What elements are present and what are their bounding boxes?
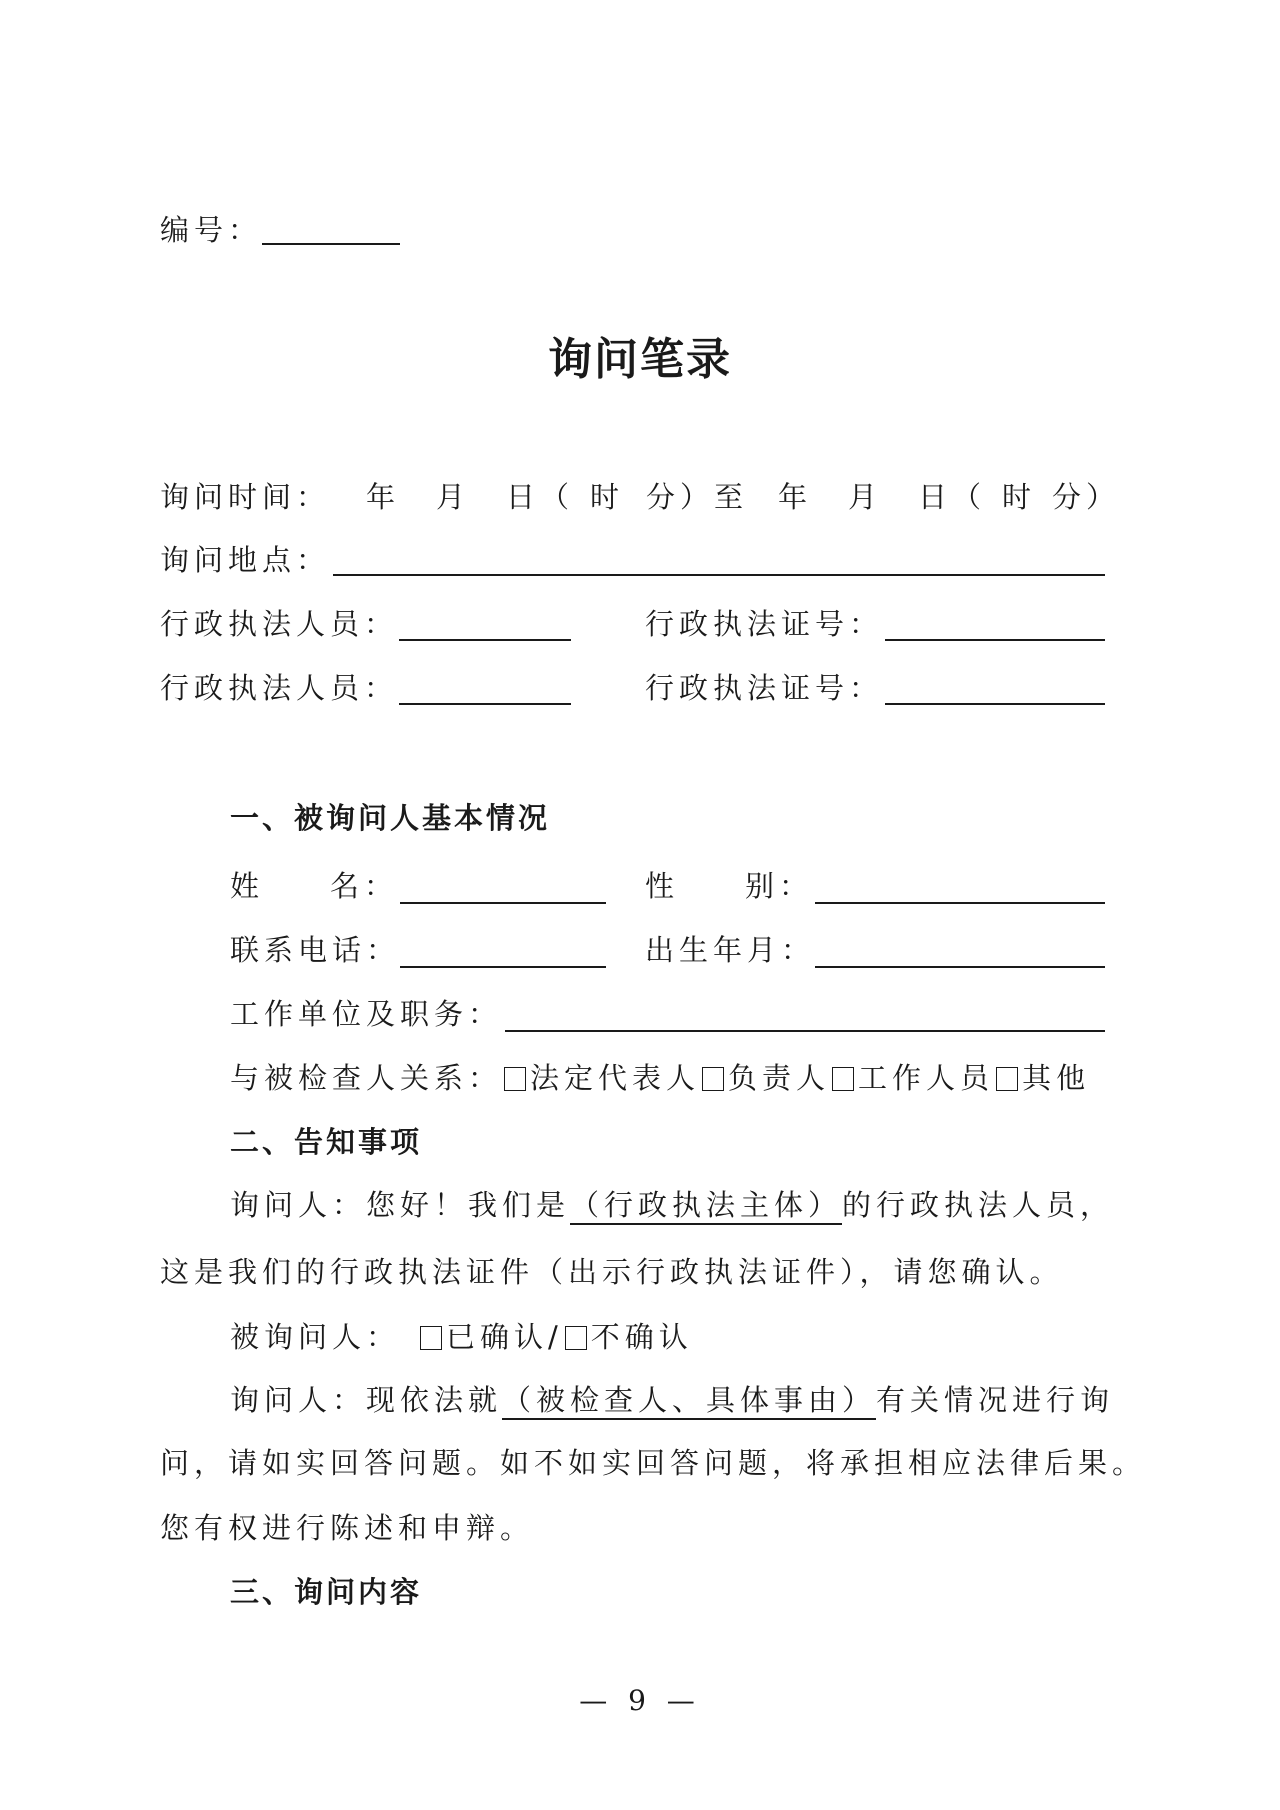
officer-2-label: 行政执法人员： bbox=[160, 668, 398, 708]
option-confirmed: 已确认/ bbox=[446, 1320, 563, 1354]
option-not-confirmed: 不确认 bbox=[591, 1320, 693, 1354]
name-label-part2: 名： bbox=[330, 866, 398, 906]
page-number: — 9 — bbox=[0, 1684, 1280, 1717]
checkbox-not-confirmed[interactable] bbox=[565, 1326, 587, 1350]
time-hour-1: 时 bbox=[590, 477, 624, 517]
respondent-label: 被询问人： bbox=[230, 1320, 400, 1354]
relation-label: 与被检查人关系： bbox=[230, 1061, 502, 1095]
confirmation-row: 被询问人：已确认/不确认 bbox=[230, 1317, 693, 1357]
option-legal-representative: 法定代表人 bbox=[530, 1061, 700, 1095]
inquiry-time-label: 询问时间： bbox=[160, 477, 330, 517]
work-unit-label: 工作单位及职务： bbox=[230, 994, 502, 1034]
gender-label-part1: 性 bbox=[645, 866, 679, 906]
cert-2-field[interactable] bbox=[885, 703, 1105, 705]
birth-date-field[interactable] bbox=[815, 966, 1105, 968]
officer-2-field[interactable] bbox=[399, 703, 571, 705]
section-3-heading: 三、询问内容 bbox=[230, 1572, 422, 1612]
notice-p3-suffix: 有关情况进行询 bbox=[876, 1383, 1114, 1417]
time-year-1: 年 bbox=[366, 477, 400, 517]
officer-1-field[interactable] bbox=[399, 639, 571, 641]
notice-p1-prefix: 询问人：您好！我们是 bbox=[230, 1188, 570, 1222]
option-person-in-charge: 负责人 bbox=[728, 1061, 830, 1095]
cert-1-label: 行政执法证号： bbox=[645, 604, 883, 644]
serial-number-label: 编号： bbox=[160, 210, 262, 250]
time-minute-2: 分） bbox=[1052, 477, 1120, 517]
page-title: 询问笔录 bbox=[0, 332, 1280, 388]
subject-matter-blank[interactable]: （被检查人、具体事由） bbox=[502, 1383, 876, 1420]
section-1-heading: 一、被询问人基本情况 bbox=[230, 798, 550, 838]
phone-field[interactable] bbox=[400, 966, 606, 968]
inquiry-location-label: 询问地点： bbox=[160, 540, 330, 580]
notice-paragraph-3: 询问人：现依法就（被检查人、具体事由）有关情况进行询 bbox=[230, 1380, 1114, 1420]
checkbox-person-in-charge[interactable] bbox=[702, 1067, 724, 1091]
notice-paragraph-3-line-3: 您有权进行陈述和申辩。 bbox=[160, 1508, 534, 1548]
gender-label-part2: 别： bbox=[745, 866, 813, 906]
time-month-1: 月 bbox=[436, 477, 470, 517]
work-unit-field[interactable] bbox=[505, 1030, 1105, 1032]
officer-1-label: 行政执法人员： bbox=[160, 604, 398, 644]
time-month-2: 月 bbox=[848, 477, 882, 517]
notice-p3-prefix: 询问人：现依法就 bbox=[230, 1383, 502, 1417]
cert-2-label: 行政执法证号： bbox=[645, 668, 883, 708]
enforcement-subject-blank[interactable]: （行政执法主体） bbox=[570, 1188, 842, 1225]
option-other: 其他 bbox=[1022, 1061, 1090, 1095]
time-hour-2: 时 bbox=[1002, 477, 1036, 517]
inquiry-location-field[interactable] bbox=[333, 574, 1105, 576]
name-field[interactable] bbox=[400, 902, 606, 904]
checkbox-staff[interactable] bbox=[832, 1067, 854, 1091]
time-day-2: 日（ bbox=[918, 477, 986, 517]
checkbox-other[interactable] bbox=[996, 1067, 1018, 1091]
serial-number-field[interactable] bbox=[262, 243, 400, 245]
notice-p1-suffix: 的行政执法人员， bbox=[842, 1188, 1114, 1222]
time-year-2: 年 bbox=[778, 477, 812, 517]
notice-paragraph-1-line-2: 这是我们的行政执法证件（出示行政执法证件），请您确认。 bbox=[160, 1252, 1064, 1292]
checkbox-confirmed[interactable] bbox=[420, 1326, 442, 1350]
gender-field[interactable] bbox=[815, 902, 1105, 904]
relation-row: 与被检查人关系：法定代表人负责人工作人员其他 bbox=[230, 1058, 1090, 1098]
notice-paragraph-1: 询问人：您好！我们是（行政执法主体）的行政执法人员， bbox=[230, 1185, 1114, 1225]
checkbox-legal-representative[interactable] bbox=[504, 1067, 526, 1091]
name-label-part1: 姓 bbox=[230, 866, 264, 906]
phone-label: 联系电话： bbox=[230, 930, 400, 970]
option-staff: 工作人员 bbox=[858, 1061, 994, 1095]
cert-1-field[interactable] bbox=[885, 639, 1105, 641]
time-minute-1: 分）至 bbox=[646, 477, 748, 517]
section-2-heading: 二、告知事项 bbox=[230, 1122, 422, 1162]
notice-paragraph-3-line-2: 问，请如实回答问题。如不如实回答问题，将承担相应法律后果。 bbox=[160, 1443, 1146, 1483]
time-day-1: 日（ bbox=[506, 477, 574, 517]
birth-date-label: 出生年月： bbox=[645, 930, 815, 970]
